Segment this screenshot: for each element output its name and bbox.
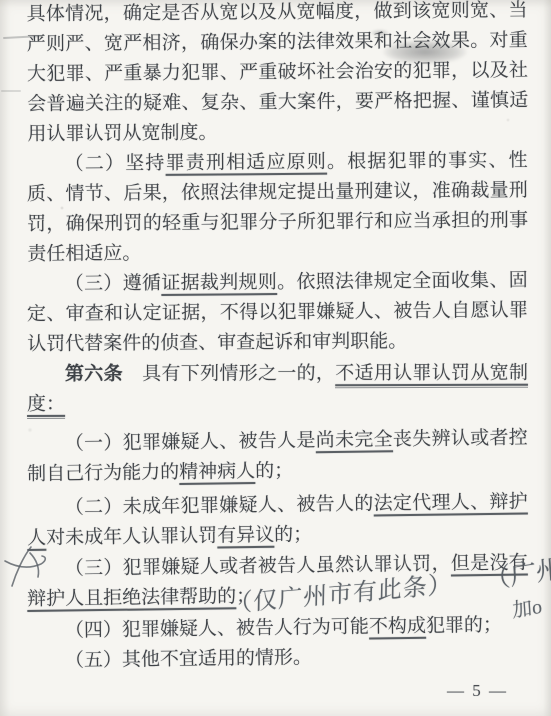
underlined-text: 罪责刑相适应原则: [165, 152, 327, 174]
paragraph: （一）犯罪嫌疑人、被告人是尚未完全丧失辨认或者控制自己行为能力的精神病人的；: [27, 423, 529, 490]
text-segment: （四）犯罪嫌疑人、被告人行为可能: [65, 617, 369, 642]
underlined-text: 尚未完全: [316, 429, 393, 451]
text-segment: 犯罪的；: [426, 615, 502, 637]
text-segment: 第六条: [65, 364, 123, 385]
underlined-text: 证据裁判规则: [161, 272, 277, 294]
scanned-document-page: 具体情况，确定是否从宽以及从宽幅度，做到该宽则宽、当严则严、宽严相济，确保办案的…: [0, 0, 551, 716]
pencil-dot-mark: [1, 90, 21, 92]
text-segment: （一）犯罪嫌疑人、被告人是: [65, 430, 316, 454]
text-segment: 的；: [274, 524, 312, 545]
text-segment: 具体情况，确定是否从宽以及从宽幅度，做到该宽则宽、当严则严、宽严相济，确保办案的…: [26, 0, 528, 145]
text-segment: （三）遵循: [65, 273, 162, 295]
paragraph: （二）未成年犯罪嫌疑人、被告人的法定代理人、辩护人对未成年人认罪认罚有异议的；: [27, 487, 529, 554]
underlined-text: 精神病人: [179, 461, 255, 483]
paragraph: 具体情况，确定是否从宽以及从宽幅度，做到该宽则宽、当严则严、宽严相济，确保办案的…: [26, 0, 528, 150]
text-segment: （五）其他不宜适用的情形。: [65, 647, 312, 671]
text-segment: 的；: [255, 461, 293, 482]
paragraph: 第六条 具有下列情形之一的，不适用认罪认罚从宽制度：: [27, 359, 528, 420]
paragraph: （二）坚持罪责刑相适应原则。根据犯罪的事实、性质、情节、后果，依照法律规定提出量…: [27, 146, 529, 270]
paragraph: （三）遵循证据裁判规则。依照法律规定全面收集、固定、审查和认定证据，不得以犯罪嫌…: [27, 266, 529, 360]
handwritten-side-note-line2: 加o: [511, 590, 543, 624]
text-segment: （二）未成年犯罪嫌疑人、被告人的: [65, 493, 374, 518]
ink-smudge-dots: [370, 29, 390, 37]
underlined-text: 有异议: [217, 525, 274, 547]
document-text: 具体情况，确定是否从宽以及从宽幅度，做到该宽则宽、当严则严、宽严相济，确保办案的…: [27, 0, 528, 677]
text-segment: （二）坚持: [65, 153, 166, 175]
text-segment: 对未成年人认罪认罚: [46, 526, 217, 549]
underlined-text: 不构成: [369, 616, 426, 638]
page-number: — 5 —: [447, 681, 508, 701]
handwritten-margin-mark-icon: [1, 542, 53, 590]
ink-smudge: [383, 40, 467, 64]
paragraph: （五）其他不宜适用的情形。: [27, 640, 528, 677]
text-segment: 具有下列情形之一的，: [123, 363, 335, 385]
